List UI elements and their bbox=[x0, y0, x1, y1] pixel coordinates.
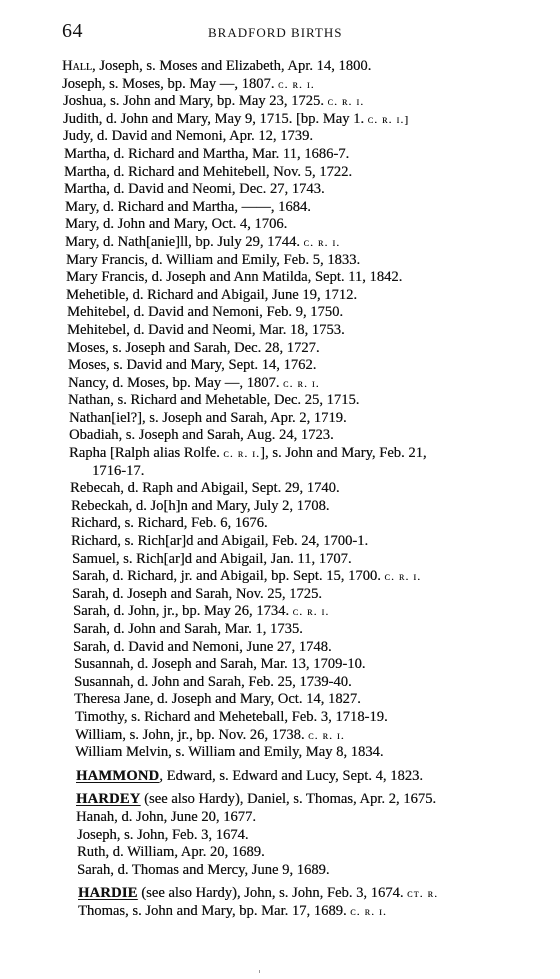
source-note: ct. r. bbox=[407, 888, 438, 900]
entry-line: Rapha [Ralph alias Rolfe. c. r. i.], s. … bbox=[0, 445, 560, 463]
entry-line: Mary Francis, d. Joseph and Ann Matilda,… bbox=[0, 269, 560, 287]
entry-text: Nathan[iel?], s. Joseph and Sarah, Apr. … bbox=[69, 410, 347, 426]
entry-line: Martha, d. David and Neomi, Dec. 27, 174… bbox=[0, 181, 560, 199]
entry-text: Timothy, s. Richard and Meheteball, Feb.… bbox=[75, 709, 388, 725]
source-note: c. r. i. bbox=[308, 730, 345, 742]
entry-text: Sarah, d. John and Sarah, Mar. 1, 1735. bbox=[73, 621, 303, 637]
entry-text: Hanah, d. John, June 20, 1677. bbox=[76, 809, 256, 825]
entry-text: Theresa Jane, d. Joseph and Mary, Oct. 1… bbox=[74, 691, 361, 707]
entry-text: Mary Francis, d. William and Emily, Feb.… bbox=[66, 252, 360, 268]
entry-line: Sarah, d. John and Sarah, Mar. 1, 1735. bbox=[0, 621, 560, 639]
entry-text: Mehitebel, d. David and Neomi, Mar. 18, … bbox=[67, 322, 345, 338]
scan-speck bbox=[259, 970, 260, 973]
entry-line: Judy, d. David and Nemoni, Apr. 12, 1739… bbox=[0, 128, 560, 146]
entry-line: Sarah, d. Joseph and Sarah, Nov. 25, 172… bbox=[0, 586, 560, 604]
entry-line: Rebeckah, d. Jo[h]n and Mary, July 2, 17… bbox=[0, 498, 560, 516]
source-note: c. r. i.] bbox=[368, 114, 410, 126]
entry-text: Susannah, d. John and Sarah, Feb. 25, 17… bbox=[74, 674, 352, 690]
entry-text: William Melvin, s. William and Emily, Ma… bbox=[75, 744, 384, 760]
entry-text: Martha, d. Richard and Mehitebell, Nov. … bbox=[64, 164, 352, 180]
entry-text: Judy, d. David and Nemoni, Apr. 12, 1739… bbox=[63, 128, 313, 144]
entry-line: 1716-17. bbox=[0, 463, 560, 481]
entry-text: 1716-17. bbox=[92, 463, 144, 479]
entry-text: Joseph, s. John, Feb. 3, 1674. bbox=[77, 827, 248, 843]
entry-line: William, s. John, jr., bp. Nov. 26, 1738… bbox=[0, 727, 560, 745]
entry-text: , Joseph, s. Moses and Elizabeth, Apr. 1… bbox=[92, 58, 371, 74]
entry-text: Joshua, s. John and Mary, bp. May 23, 17… bbox=[63, 93, 324, 109]
source-note: c. r. i. bbox=[385, 571, 422, 583]
entry-text: Ruth, d. William, Apr. 20, 1689. bbox=[77, 844, 265, 860]
entry-line: Susannah, d. John and Sarah, Feb. 25, 17… bbox=[0, 674, 560, 692]
entry-line: Thomas, s. John and Mary, bp. Mar. 17, 1… bbox=[0, 903, 560, 921]
entry-line: Mehetible, d. Richard and Abigail, June … bbox=[0, 287, 560, 305]
surname-heading: Hall bbox=[62, 58, 92, 74]
entry-line: Moses, s. Joseph and Sarah, Dec. 28, 172… bbox=[0, 340, 560, 358]
surname-heading: HARDIE bbox=[78, 885, 138, 901]
source-note: c. r. i. bbox=[223, 448, 260, 460]
entry-text: Mehitebel, d. David and Nemoni, Feb. 9, … bbox=[67, 304, 343, 320]
entry-text: Richard, s. Richard, Feb. 6, 1676. bbox=[71, 515, 268, 531]
entry-text: Rebeckah, d. Jo[h]n and Mary, July 2, 17… bbox=[71, 498, 329, 514]
entry-line: Ruth, d. William, Apr. 20, 1689. bbox=[0, 844, 560, 862]
entry-text: Judith, d. John and Mary, May 9, 1715. [… bbox=[63, 111, 364, 127]
entry-text: Sarah, d. David and Nemoni, June 27, 174… bbox=[73, 639, 332, 655]
entry-text: Mary Francis, d. Joseph and Ann Matilda,… bbox=[66, 269, 402, 285]
entry-line: Sarah, d. John, jr., bp. May 26, 1734. c… bbox=[0, 603, 560, 621]
entry-text: Mary, d. Richard and Martha, ——, 1684. bbox=[65, 199, 311, 215]
entry-text: (see also Hardy), Daniel, s. Thomas, Apr… bbox=[140, 791, 436, 807]
entry-line: Hall, Joseph, s. Moses and Elizabeth, Ap… bbox=[0, 58, 560, 76]
source-note: c. r. i. bbox=[293, 606, 330, 618]
entry-text: Susannah, d. Joseph and Sarah, Mar. 13, … bbox=[74, 656, 365, 672]
running-title: BRADFORD BIRTHS bbox=[208, 25, 343, 41]
entry-line: Nancy, d. Moses, bp. May —, 1807. c. r. … bbox=[0, 375, 560, 393]
entry-line: Mary, d. Richard and Martha, ——, 1684. bbox=[0, 199, 560, 217]
entry-text: Sarah, d. Joseph and Sarah, Nov. 25, 172… bbox=[72, 586, 322, 602]
entry-line: Mehitebel, d. David and Nemoni, Feb. 9, … bbox=[0, 304, 560, 322]
entry-line: Richard, s. Richard, Feb. 6, 1676. bbox=[0, 515, 560, 533]
source-note: c. r. i. bbox=[304, 237, 341, 249]
source-note: c. r. i. bbox=[283, 378, 320, 390]
entry-line: Judith, d. John and Mary, May 9, 1715. [… bbox=[0, 111, 560, 129]
source-note: c. r. i. bbox=[328, 96, 365, 108]
entry-text: (see also Hardy), John, s. John, Feb. 3,… bbox=[138, 885, 404, 901]
entry-text: Nathan, s. Richard and Mehetable, Dec. 2… bbox=[68, 392, 359, 408]
entry-line: Joshua, s. John and Mary, bp. May 23, 17… bbox=[0, 93, 560, 111]
entry-line: Timothy, s. Richard and Meheteball, Feb.… bbox=[0, 709, 560, 727]
source-note: c. r. i. bbox=[350, 906, 387, 918]
entry-line: Nathan, s. Richard and Mehetable, Dec. 2… bbox=[0, 392, 560, 410]
entry-line: Martha, d. Richard and Martha, Mar. 11, … bbox=[0, 146, 560, 164]
source-note: c. r. i. bbox=[278, 79, 315, 91]
entry-text: Richard, s. Rich[ar]d and Abigail, Feb. … bbox=[71, 533, 368, 549]
entry-line: Mary, d. Nath[anie]ll, bp. July 29, 1744… bbox=[0, 234, 560, 252]
entry-line: Theresa Jane, d. Joseph and Mary, Oct. 1… bbox=[0, 691, 560, 709]
entry-line: Samuel, s. Rich[ar]d and Abigail, Jan. 1… bbox=[0, 551, 560, 569]
entry-line: Sarah, d. David and Nemoni, June 27, 174… bbox=[0, 639, 560, 657]
entry-text: Mary, d. John and Mary, Oct. 4, 1706. bbox=[65, 216, 287, 232]
entry-line: Richard, s. Rich[ar]d and Abigail, Feb. … bbox=[0, 533, 560, 551]
entry-text: Samuel, s. Rich[ar]d and Abigail, Jan. 1… bbox=[72, 551, 352, 567]
entry-line: Obadiah, s. Joseph and Sarah, Aug. 24, 1… bbox=[0, 427, 560, 445]
entry-text: , Edward, s. Edward and Lucy, Sept. 4, 1… bbox=[159, 768, 423, 784]
entry-text: Joseph, s. Moses, bp. May —, 1807. bbox=[62, 76, 274, 92]
entry-line: Sarah, d. Richard, jr. and Abigail, bp. … bbox=[0, 568, 560, 586]
entry-text: William, s. John, jr., bp. Nov. 26, 1738… bbox=[75, 727, 305, 743]
entry-line: Hanah, d. John, June 20, 1677. bbox=[0, 809, 560, 827]
surname-heading: HAMMOND bbox=[76, 768, 159, 784]
entry-text: Mehetible, d. Richard and Abigail, June … bbox=[66, 287, 357, 303]
entry-line: Mehitebel, d. David and Neomi, Mar. 18, … bbox=[0, 322, 560, 340]
page-number: 64 bbox=[62, 20, 83, 43]
entry-line: Martha, d. Richard and Mehitebell, Nov. … bbox=[0, 164, 560, 182]
entry-text: Rapha [Ralph alias Rolfe. bbox=[69, 445, 220, 461]
surname-heading: HARDEY bbox=[76, 791, 140, 807]
entry-line: Sarah, d. Thomas and Mercy, June 9, 1689… bbox=[0, 862, 560, 880]
entry-text: Sarah, d. John, jr., bp. May 26, 1734. bbox=[73, 603, 289, 619]
entry-text: Martha, d. David and Neomi, Dec. 27, 174… bbox=[64, 181, 325, 197]
entry-text: Obadiah, s. Joseph and Sarah, Aug. 24, 1… bbox=[69, 427, 334, 443]
entry-text: Moses, s. Joseph and Sarah, Dec. 28, 172… bbox=[67, 340, 320, 356]
entry-line: Rebecah, d. Raph and Abigail, Sept. 29, … bbox=[0, 480, 560, 498]
entry-text: Martha, d. Richard and Martha, Mar. 11, … bbox=[64, 146, 349, 162]
entry-text: Sarah, d. Thomas and Mercy, June 9, 1689… bbox=[77, 862, 330, 878]
entry-text: Moses, s. David and Mary, Sept. 14, 1762… bbox=[68, 357, 316, 373]
entry-text: Nancy, d. Moses, bp. May —, 1807. bbox=[68, 375, 279, 391]
entry-line: Mary Francis, d. William and Emily, Feb.… bbox=[0, 252, 560, 270]
entry-line: William Melvin, s. William and Emily, Ma… bbox=[0, 744, 560, 762]
entry-line: Mary, d. John and Mary, Oct. 4, 1706. bbox=[0, 216, 560, 234]
entry-line: Moses, s. David and Mary, Sept. 14, 1762… bbox=[0, 357, 560, 375]
entry-text: Mary, d. Nath[anie]ll, bp. July 29, 1744… bbox=[65, 234, 300, 250]
entry-text: Sarah, d. Richard, jr. and Abigail, bp. … bbox=[72, 568, 381, 584]
entry-text: Rebecah, d. Raph and Abigail, Sept. 29, … bbox=[70, 480, 340, 496]
entry-text-continued: ], s. John and Mary, Feb. 21, bbox=[260, 445, 426, 461]
birth-entries-list: Hall, Joseph, s. Moses and Elizabeth, Ap… bbox=[0, 58, 560, 921]
entry-text: Thomas, s. John and Mary, bp. Mar. 17, 1… bbox=[78, 903, 347, 919]
entry-line: Susannah, d. Joseph and Sarah, Mar. 13, … bbox=[0, 656, 560, 674]
entry-line: Joseph, s. Moses, bp. May —, 1807. c. r.… bbox=[0, 76, 560, 94]
entry-line: Nathan[iel?], s. Joseph and Sarah, Apr. … bbox=[0, 410, 560, 428]
entry-line: HARDIE (see also Hardy), John, s. John, … bbox=[0, 885, 560, 903]
entry-line: Joseph, s. John, Feb. 3, 1674. bbox=[0, 827, 560, 845]
entry-line: HAMMOND, Edward, s. Edward and Lucy, Sep… bbox=[0, 768, 560, 786]
entry-line: HARDEY (see also Hardy), Daniel, s. Thom… bbox=[0, 791, 560, 809]
